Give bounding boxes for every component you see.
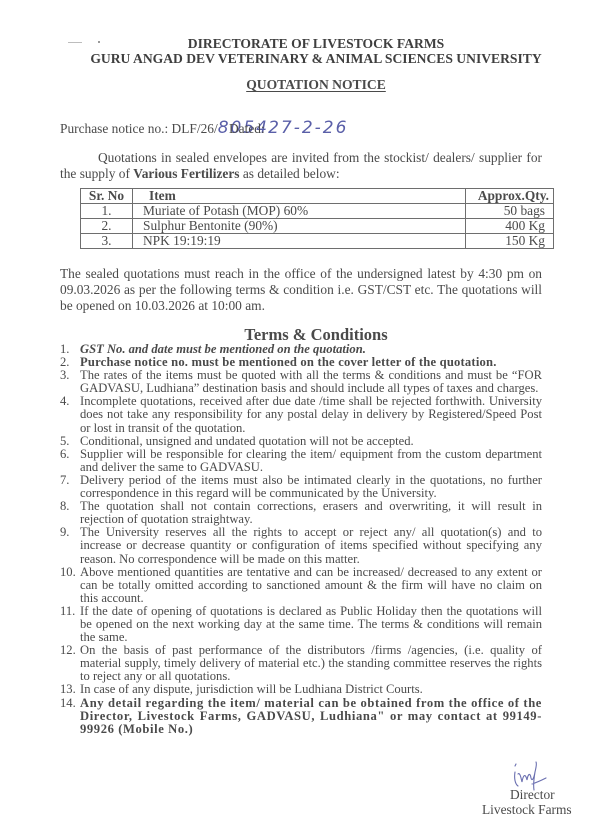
- cell-sr-no: 1.: [81, 204, 133, 219]
- term-item: 3.The rates of the items must be quoted …: [60, 369, 542, 395]
- column-header-qty: Approx.Qty.: [466, 189, 554, 204]
- intro-paragraph: Quotations in sealed envelopes are invit…: [60, 150, 542, 182]
- purchase-notice-label: Purchase notice no.: DLF/26/: [60, 121, 218, 136]
- submission-deadline-paragraph: The sealed quotations must reach in the …: [60, 266, 542, 314]
- cell-sr-no: 3.: [81, 234, 133, 249]
- terms-list: 1.GST No. and date must be mentioned on …: [60, 343, 542, 736]
- table-header-row: Sr. No Item Approx.Qty.: [81, 189, 554, 204]
- directorate-heading: DIRECTORATE OF LIVESTOCK FARMS: [0, 36, 604, 51]
- term-item: 12.On the basis of past performance of t…: [60, 644, 542, 683]
- cell-qty: 50 bags: [466, 204, 554, 219]
- term-item: 7.Delivery period of the items must also…: [60, 474, 542, 500]
- handwritten-date: 27-2-26: [268, 118, 348, 138]
- notice-title: QUOTATION NOTICE: [0, 77, 604, 93]
- signatory-title: Director: [510, 787, 555, 803]
- term-item: 4.Incomplete quotations, received after …: [60, 395, 542, 434]
- cell-item: NPK 19:19:19: [133, 234, 466, 249]
- cell-qty: 400 Kg: [466, 219, 554, 234]
- signatory-office: Livestock Farms: [482, 802, 572, 818]
- term-item: 11.If the date of opening of quotations …: [60, 605, 542, 644]
- column-header-item: Item: [133, 189, 466, 204]
- table-row: 3. NPK 19:19:19 150 Kg: [81, 234, 554, 249]
- cell-item: Muriate of Potash (MOP) 60%: [133, 204, 466, 219]
- cell-item: Sulphur Bentonite (90%): [133, 219, 466, 234]
- dated-label: Dated:: [229, 121, 265, 136]
- cell-sr-no: 2.: [81, 219, 133, 234]
- term-item: 6.Supplier will be responsible for clear…: [60, 448, 542, 474]
- quotation-notice-page: DIRECTORATE OF LIVESTOCK FARMS GURU ANGA…: [0, 0, 604, 839]
- notice-date: Dated: 27-2-26: [229, 118, 348, 138]
- term-item: 10.Above mentioned quantities are tentat…: [60, 566, 542, 605]
- column-header-sr-no: Sr. No: [81, 189, 133, 204]
- cell-qty: 150 Kg: [466, 234, 554, 249]
- term-item: 8.The quotation shall not contain correc…: [60, 500, 542, 526]
- table-row: 2. Sulphur Bentonite (90%) 400 Kg: [81, 219, 554, 234]
- fertilizers-emphasis: Various Fertilizers: [133, 166, 239, 181]
- table-row: 1. Muriate of Potash (MOP) 60% 50 bags: [81, 204, 554, 219]
- university-heading: GURU ANGAD DEV VETERINARY & ANIMAL SCIEN…: [0, 51, 604, 66]
- term-item: 9.The University reserves all the rights…: [60, 526, 542, 565]
- term-item: 14.Any detail regarding the item/ materi…: [60, 697, 542, 736]
- items-table: Sr. No Item Approx.Qty. 1. Muriate of Po…: [80, 188, 554, 249]
